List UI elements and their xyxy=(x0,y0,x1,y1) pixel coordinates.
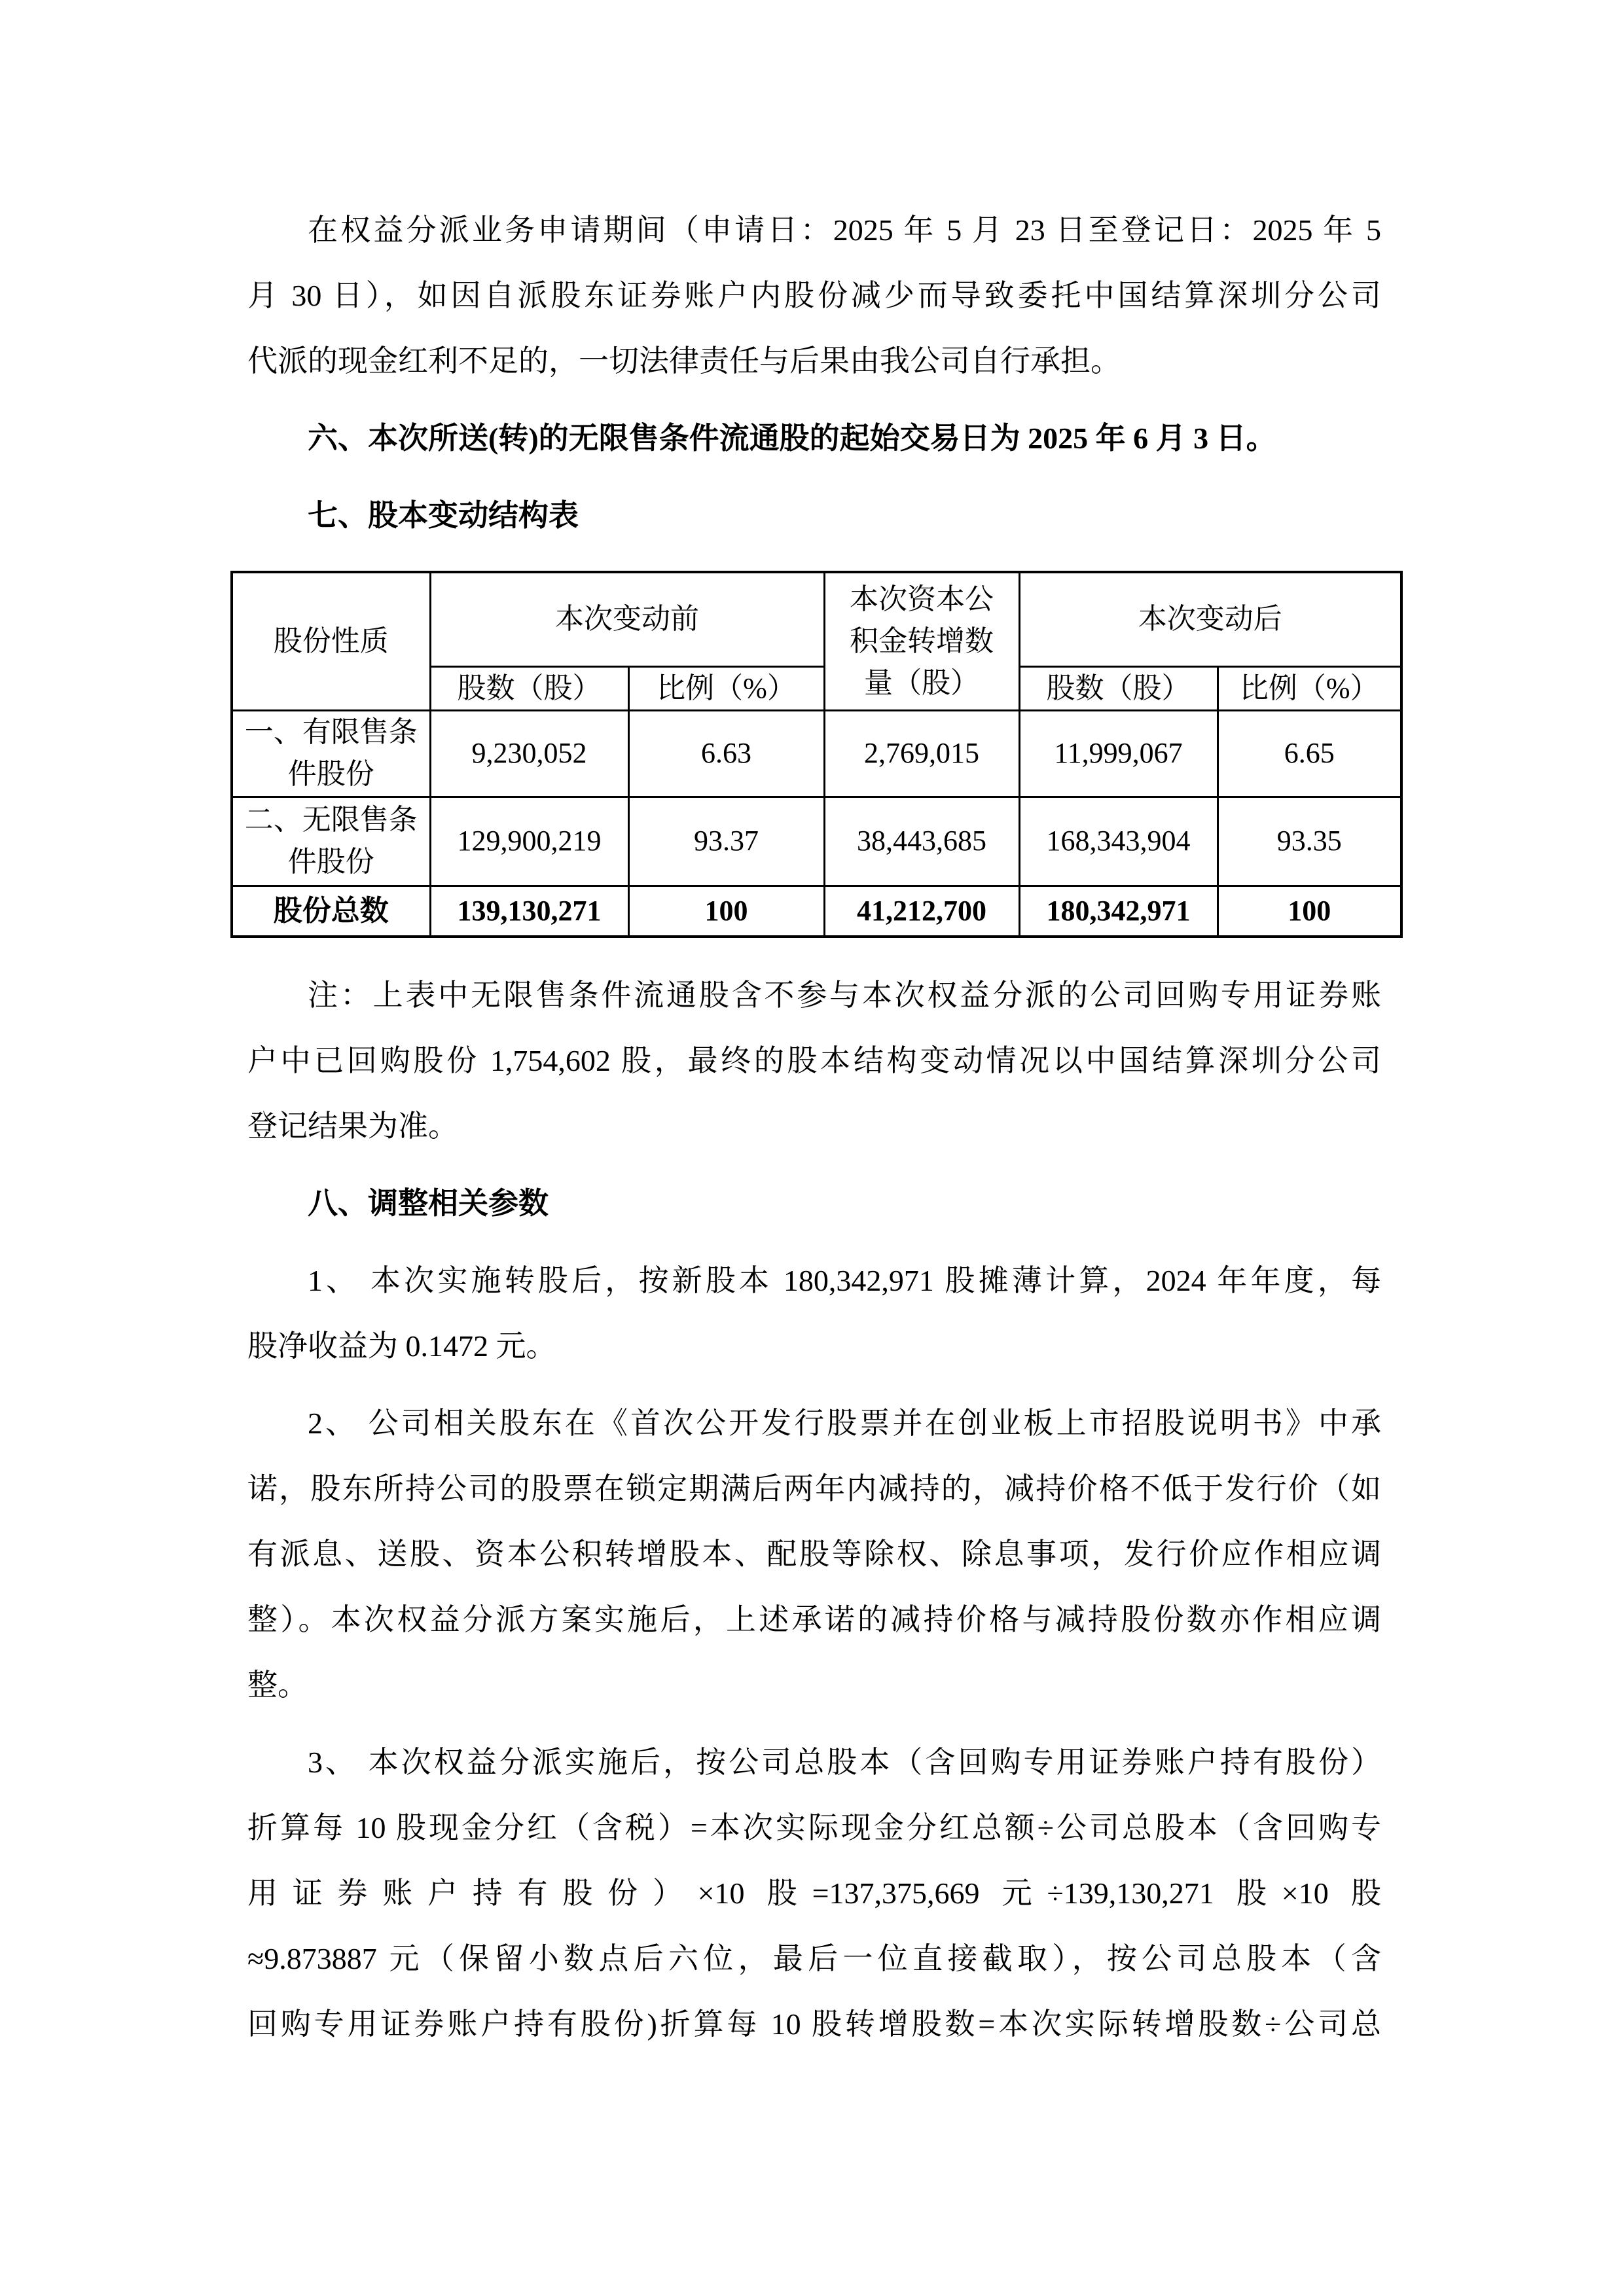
cell-transfer: 2,769,015 xyxy=(824,710,1019,797)
header-cell-after-change: 本次变动后 xyxy=(1019,572,1401,666)
text-line: 注：上表中无限售条件流通股含不参与本次权益分派的公司回购专用证券账 xyxy=(247,963,1381,1028)
cell-ratio-before: 100 xyxy=(628,886,824,937)
cell-ratio-after: 100 xyxy=(1218,886,1401,937)
text-line: 股净收益为 0.1472 元。 xyxy=(247,1314,1381,1379)
subheader-cell-shares-before: 股数（股） xyxy=(430,666,628,710)
cell-shares-after: 168,343,904 xyxy=(1019,797,1218,886)
table-header-row: 股份性质 本次变动前 本次资本公 积金转增数 量（股） 本次变动后 xyxy=(232,572,1401,666)
share-structure-table: 股份性质 本次变动前 本次资本公 积金转增数 量（股） 本次变动后 股数（股） … xyxy=(230,571,1403,938)
text-line: 户中已回购股份 1,754,602 股，最终的股本结构变动情况以中国结算深圳分公… xyxy=(247,1028,1381,1094)
cell-ratio-after: 93.35 xyxy=(1218,797,1401,886)
text-line: 回购专用证券账户持有股份)折算每 10 股转增股数=本次实际转增股数÷公司总 xyxy=(247,1992,1381,2057)
cell-transfer: 38,443,685 xyxy=(824,797,1019,886)
cell-shares-before: 139,130,271 xyxy=(430,886,628,937)
heading-section-seven: 七、股本变动结构表 xyxy=(247,483,1381,548)
table-row-unrestricted-shares: 二、无限售条 件股份 129,900,219 93.37 38,443,685 … xyxy=(232,797,1401,886)
cell-shares-before: 129,900,219 xyxy=(430,797,628,886)
page-content: 在权益分派业务申请期间（申请日：2025 年 5 月 23 日至登记日：2025… xyxy=(0,0,1624,2057)
text-line: 在权益分派业务申请期间（申请日：2025 年 5 月 23 日至登记日：2025… xyxy=(247,198,1381,263)
heading-section-eight: 八、调整相关参数 xyxy=(247,1171,1381,1236)
cell-ratio-before: 93.37 xyxy=(628,797,824,886)
cell-shares-before: 9,230,052 xyxy=(430,710,628,797)
cell-label: 二、无限售条 件股份 xyxy=(232,797,430,886)
cell-ratio-after: 6.65 xyxy=(1218,710,1401,797)
text-line: 诺，股东所持公司的股票在锁定期满后两年内减持的，减持价格不低于发行价（如 xyxy=(247,1456,1381,1522)
paragraph-item-2: 2、 公司相关股东在《首次公开发行股票并在创业板上市招股说明书》中承 诺，股东所… xyxy=(247,1391,1381,1718)
cell-shares-after: 180,342,971 xyxy=(1019,886,1218,937)
paragraph-item-3: 3、 本次权益分派实施后，按公司总股本（含回购专用证券账户持有股份） 折算每 1… xyxy=(247,1730,1381,2057)
text-line: ≈9.873887 元（保留小数点后六位，最后一位直接截取），按公司总股本（含 xyxy=(247,1926,1381,1992)
subheader-cell-ratio-after: 比例（%） xyxy=(1218,666,1401,710)
cell-transfer: 41,212,700 xyxy=(824,886,1019,937)
text-line: 有派息、送股、资本公积转增股本、配股等除权、除息事项，发行价应作相应调 xyxy=(247,1522,1381,1587)
text-line: 1、 本次实施转股后，按新股本 180,342,971 股摊薄计算，2024 年… xyxy=(247,1248,1381,1314)
text-line: 整。 xyxy=(247,1653,1381,1718)
paragraph-intro: 在权益分派业务申请期间（申请日：2025 年 5 月 23 日至登记日：2025… xyxy=(247,198,1381,394)
text-line: 2、 公司相关股东在《首次公开发行股票并在创业板上市招股说明书》中承 xyxy=(247,1391,1381,1456)
table-row-total-shares: 股份总数 139,130,271 100 41,212,700 180,342,… xyxy=(232,886,1401,937)
document-page: 在权益分派业务申请期间（申请日：2025 年 5 月 23 日至登记日：2025… xyxy=(0,0,1624,2296)
text-line: 用证券账户持有股份）×10 股=137,375,669 元÷139,130,27… xyxy=(247,1861,1381,1926)
header-cell-share-nature: 股份性质 xyxy=(232,572,430,710)
text-line: 登记结果为准。 xyxy=(247,1094,1381,1159)
cell-ratio-before: 6.63 xyxy=(628,710,824,797)
text-line: 3、 本次权益分派实施后，按公司总股本（含回购专用证券账户持有股份） xyxy=(247,1730,1381,1795)
cell-label: 一、有限售条 件股份 xyxy=(232,710,430,797)
cell-label: 股份总数 xyxy=(232,886,430,937)
cell-shares-after: 11,999,067 xyxy=(1019,710,1218,797)
header-cell-before-change: 本次变动前 xyxy=(430,572,824,666)
heading-section-six: 六、本次所送(转)的无限售条件流通股的起始交易日为 2025 年 6 月 3 日… xyxy=(247,406,1381,471)
text-line: 代派的现金红利不足的，一切法律责任与后果由我公司自行承担。 xyxy=(247,329,1381,394)
paragraph-note: 注：上表中无限售条件流通股含不参与本次权益分派的公司回购专用证券账 户中已回购股… xyxy=(247,963,1381,1159)
subheader-cell-shares-after: 股数（股） xyxy=(1019,666,1218,710)
table-row-restricted-shares: 一、有限售条 件股份 9,230,052 6.63 2,769,015 11,9… xyxy=(232,710,1401,797)
text-line: 整）。本次权益分派方案实施后，上述承诺的减持价格与减持股份数亦作相应调 xyxy=(247,1587,1381,1653)
subheader-cell-ratio-before: 比例（%） xyxy=(628,666,824,710)
header-cell-transfer-amount: 本次资本公 积金转增数 量（股） xyxy=(824,572,1019,710)
text-line: 折算每 10 股现金分红（含税）=本次实际现金分红总额÷公司总股本（含回购专 xyxy=(247,1795,1381,1861)
text-line: 月 30 日），如因自派股东证券账户内股份减少而导致委托中国结算深圳分公司 xyxy=(247,263,1381,329)
paragraph-item-1: 1、 本次实施转股后，按新股本 180,342,971 股摊薄计算，2024 年… xyxy=(247,1248,1381,1379)
